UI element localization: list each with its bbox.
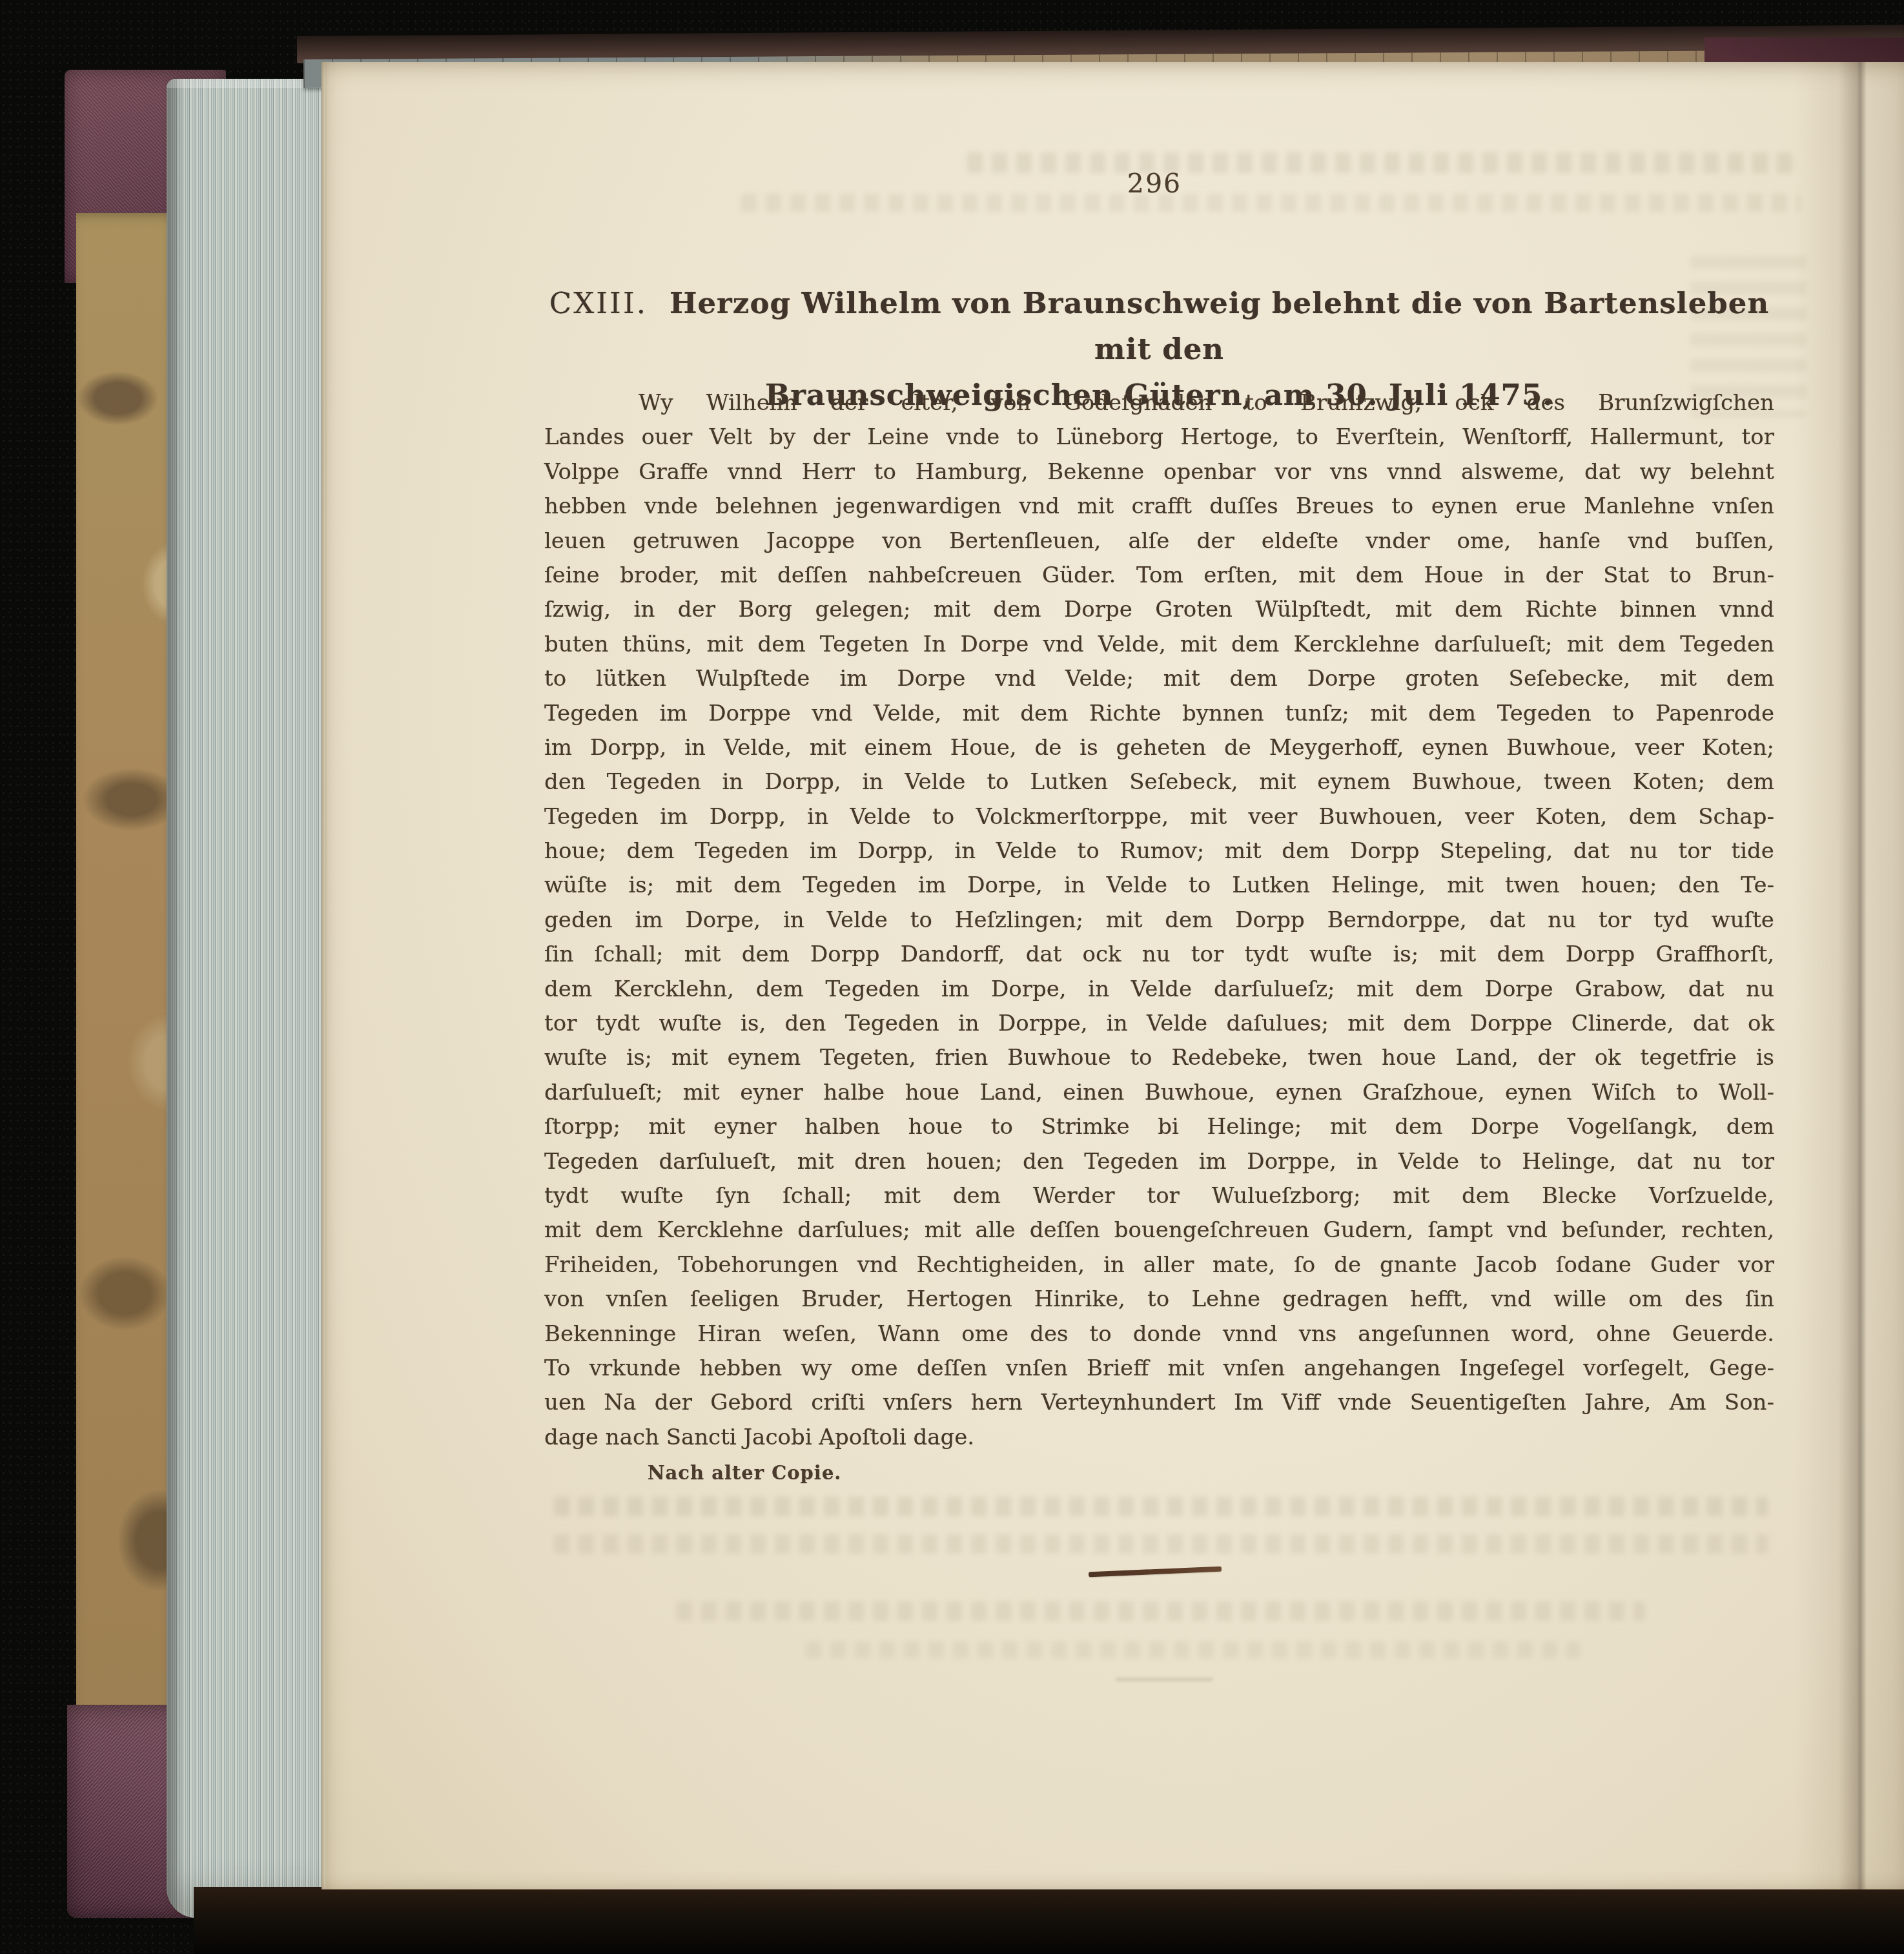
text-line: Friheiden, Tobehorungen vnd Rechtigheide… [544, 1248, 1774, 1282]
show-through-text [806, 1641, 1581, 1658]
show-through-rule [1116, 1678, 1213, 1681]
text-line: mit dem Kercklehne darſulues; mit alle d… [544, 1213, 1774, 1248]
text-line: geden im Dorpe, in Velde to Heſzlingen; … [544, 903, 1774, 938]
show-through-text [741, 194, 1800, 212]
text-line: hebben vnde belehnen jegenwardigen vnd m… [544, 489, 1774, 524]
show-through-text [554, 1497, 1768, 1516]
text-line: uen Na der Gebord criſti vnſers hern Ver… [544, 1386, 1774, 1420]
book-bottom-shadow [194, 1887, 1904, 1954]
text-line: leuen getruwen Jacoppe von Bertenſleuen,… [544, 524, 1774, 559]
text-line: darſulueſt; mit eyner halbe houe Land, e… [544, 1076, 1774, 1110]
text-line: To vrkunde hebben wy ome deſſen vnſen Br… [544, 1352, 1774, 1386]
section-heading-line-1: CXIII.Herzog Wilhelm von Braunschweig be… [544, 280, 1774, 372]
document-body: Wy Wilhelm der elter, von Godeſgnaden to… [544, 386, 1774, 1455]
section-number: CXIII. [549, 286, 648, 320]
text-line: Volppe Graffe vnnd Herr to Hamburg, Beke… [544, 455, 1774, 489]
text-line: wüſte is; mit dem Tegeden im Dorpe, in V… [544, 869, 1774, 903]
text-line: den Tegeden in Dorpp, in Velde to Lutken… [544, 765, 1774, 799]
text-line: im Dorpp, in Velde, mit einem Houe, de i… [544, 731, 1774, 765]
text-line: dage nach Sancti Jacobi Apoſtoli dage. [544, 1421, 1774, 1455]
text-line: tor tydt wuſte is, den Tegeden in Dorppe… [544, 1007, 1774, 1041]
section-title-text: Herzog Wilhelm von Braunschweig belehnt … [670, 286, 1769, 366]
gutter-shadow [1794, 62, 1904, 1889]
page-edges-stack [167, 79, 347, 1918]
source-note: Nach alter Copie. [648, 1462, 841, 1484]
text-line: tydt wuſte ſyn ſchall; mit dem Werder to… [544, 1179, 1774, 1213]
text-line: Tegeden im Dorpp, in Velde to Volckmerſt… [544, 800, 1774, 834]
show-through-text [554, 1534, 1768, 1554]
text-line: von vnſen ſeeligen Bruder, Hertogen Hinr… [544, 1282, 1774, 1317]
text-line: buten thüns, mit dem Tegeten In Dorpe vn… [544, 628, 1774, 662]
text-line: Landes ouer Velt by der Leine vnde to Lü… [544, 420, 1774, 455]
text-line: Wy Wilhelm der elter, von Godeſgnaden to… [544, 386, 1774, 420]
separator-rule [1089, 1567, 1222, 1578]
text-line: houe; dem Tegeden im Dorpp, in Velde to … [544, 834, 1774, 869]
photo-of-book: { "page": { "page_number": "296", "headi… [0, 0, 1904, 1954]
text-line: Tegeden im Dorppe vnd Velde, mit dem Ric… [544, 697, 1774, 731]
page-number: 296 [1090, 168, 1219, 201]
text-line: ſin ſchall; mit dem Dorpp Dandorff, dat … [544, 938, 1774, 972]
text-line: Bekenninge Hiran weſen, Wann ome des to … [544, 1317, 1774, 1352]
text-line: wuſte is; mit eynem Tegeten, frien Buwho… [544, 1041, 1774, 1075]
show-through-text [677, 1601, 1645, 1621]
text-line: dem Kercklehn, dem Tegeden im Dorpe, in … [544, 972, 1774, 1007]
text-line: Tegeden darſulueſt, mit dren houen; den … [544, 1145, 1774, 1179]
text-line: ſeine broder, mit deſſen nahbeſcreuen Gü… [544, 559, 1774, 593]
text-line: to lütken Wulpſtede im Dorpe vnd Velde; … [544, 662, 1774, 696]
text-line: ſtorpp; mit eyner halben houe to Strimke… [544, 1110, 1774, 1144]
book-page: 296 CXIII.Herzog Wilhelm von Braunschwei… [322, 62, 1904, 1889]
text-line: ſzwig, in der Borg gelegen; mit dem Dorp… [544, 593, 1774, 627]
